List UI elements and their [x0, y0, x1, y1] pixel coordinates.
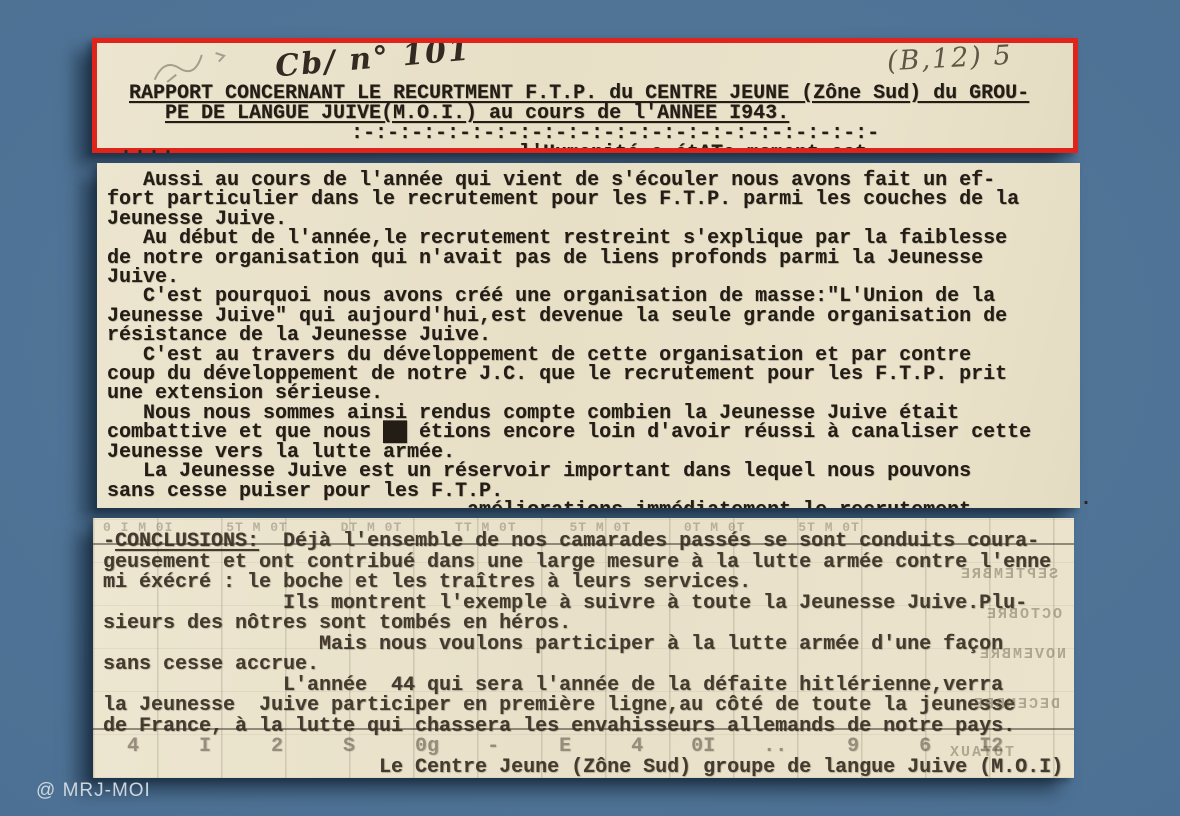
handwritten-annotation-ref: Cb/ n° 101: [274, 38, 472, 84]
typewritten-line: la Jeunesse Juive participer en première…: [103, 696, 1074, 717]
bleed-through-numbers-row: 4 I 2 S 0g - E 4 0I .. 9 6 I2: [103, 737, 1074, 758]
typewritten-line: une extension sérieuse.: [107, 384, 1080, 403]
red-highlight-frame: Cb/ n° 101 (B,12) 5 RAPPORT CONCERNANT L…: [92, 38, 1078, 153]
ink-dots-left: ····: [120, 141, 176, 164]
photo-backdrop: { "canvas": { "watermark": "@ MRJ-MOI", …: [0, 0, 1180, 816]
report-title-line-2: PE DE LANGUE JUIVE(M.O.I.) au cours de l…: [109, 104, 1067, 124]
typewritten-line: combattive et que nous ██ étions encore …: [107, 423, 1080, 442]
bleed-through-noise: 0 I M 0I 5T M 0T DT M 0T TT M 0T 5T M 0T…: [103, 520, 1068, 535]
handwritten-annotation-cote: (B,12) 5: [886, 40, 1013, 78]
report-title-block: RAPPORT CONCERNANT LE RECURTMENT F.T.P. …: [109, 84, 1067, 153]
report-title-line-1: RAPPORT CONCERNANT LE RECURTMENT F.T.P. …: [109, 84, 1067, 104]
clipped-typewritten-line: améliorations immédiatement le recruteme…: [107, 501, 1080, 508]
typewritten-line: de notre organisation qui n'avait pas de…: [107, 249, 1080, 268]
bleed-through-rule: [93, 728, 1074, 730]
typewritten-line: C'est pourquoi nous avons créé une organ…: [107, 287, 1080, 306]
typewritten-line: Mais nous voulons participer à la lutte …: [103, 635, 1074, 656]
typewritten-line: résistance de la Jeunesse Juive.: [107, 326, 1080, 345]
typewritten-line: sieurs des nôtres sont tombés en héros.: [103, 614, 1074, 635]
typewritten-line: fort particulier dans le recrutement pou…: [107, 190, 1080, 209]
bleed-through-mirrored-word: SEPTEMBRE: [959, 566, 1058, 583]
bleed-through-mirrored-word: NOVEMBRE: [978, 646, 1066, 663]
separator-line: :-:-:-:-:-:-:-:-:-:-:-:-:-:-:-:-:-:-:-:-…: [109, 124, 1067, 144]
watermark-credit: @ MRJ-MOI: [36, 780, 151, 802]
typewritten-line: Ils montrent l'exemple à suivre à toute …: [103, 594, 1074, 615]
bleed-through-mirrored-word: DECEMBRE: [972, 696, 1060, 713]
document-fragment-top: Cb/ n° 101 (B,12) 5 RAPPORT CONCERNANT L…: [97, 43, 1073, 148]
typewritten-line: mi éxécré : le boche et les traîtres à l…: [103, 573, 1074, 594]
signature-line: Le Centre Jeune (Zône Sud) groupe de lan…: [103, 758, 1074, 779]
typewritten-line-struck: de France, à la lutte qui chassera les e…: [103, 717, 1074, 738]
bleed-through-rule: [93, 543, 1074, 545]
document-fragment-bottom: 0 I M 0I 5T M 0T DT M 0T TT M 0T 5T M 0T…: [93, 518, 1074, 778]
typewritten-line: geusement et ont contribué dans une larg…: [103, 553, 1074, 574]
bleed-through-mirrored-word: OCTOBRE: [985, 606, 1062, 623]
clipped-typewritten-line: l'Humanité a étATe moment est: [109, 144, 1067, 153]
typewritten-line: sans cesse puiser pour les F.T.P.: [107, 482, 1080, 501]
typewritten-line: La Jeunesse Juive est un réservoir impor…: [107, 462, 1080, 481]
typewritten-line: L'année 44 qui sera l'année de la défait…: [103, 676, 1074, 697]
typewritten-line: Au début de l'année,le recrutement restr…: [107, 229, 1080, 248]
typewritten-line: sans cesse accrue.: [103, 655, 1074, 676]
document-fragment-middle: Aussi au cours de l'année qui vient de s…: [97, 163, 1080, 508]
